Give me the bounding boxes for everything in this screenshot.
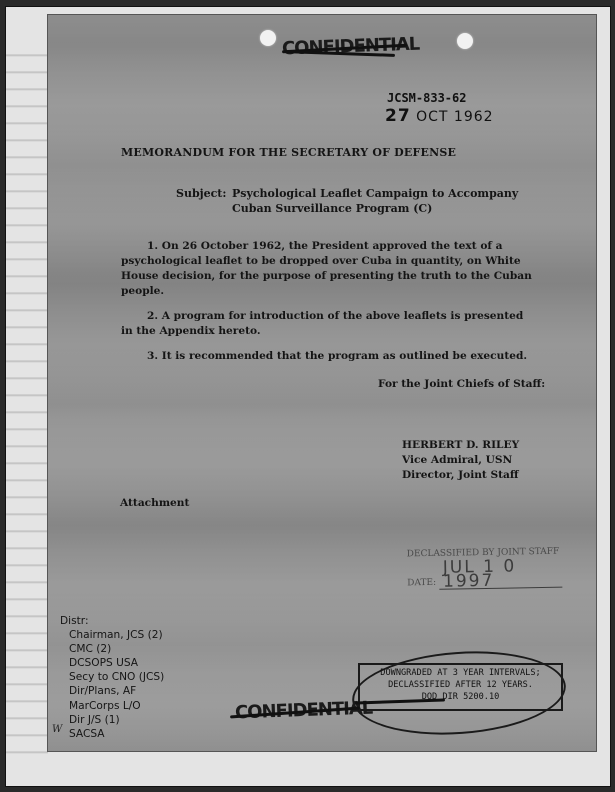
handwritten-mark: W <box>52 724 62 735</box>
distribution-list: Distr: Chairman, JCS (2) CMC (2) DCSOPS … <box>60 614 164 741</box>
memo-date-month-year: OCT 1962 <box>416 109 493 125</box>
paragraph-3-first-line: 3. It is recommended that the program as… <box>121 349 541 364</box>
signer-title: Director, Joint Staff <box>402 468 519 483</box>
signer-name: HERBERT D. RILEY <box>402 438 519 453</box>
distribution-item: CMC (2) <box>69 642 164 656</box>
subject-block: Subject:Psychological Leaflet Campaign t… <box>176 186 518 216</box>
scan-artifact-stripes <box>6 40 48 760</box>
subject-line-2: Cuban Surveillance Program (C) <box>176 201 518 216</box>
distribution-item: MarCorps L/O <box>69 699 164 713</box>
signoff-line: For the Joint Chiefs of Staff: <box>378 378 545 390</box>
signer-rank: Vice Admiral, USN <box>402 453 519 468</box>
reference-number: JCSM-833-62 <box>387 91 466 105</box>
distribution-item: Dir/Plans, AF <box>69 684 164 698</box>
distribution-item: SACSA <box>69 727 164 741</box>
attachment-label: Attachment <box>120 497 189 509</box>
downgrade-line-1: DOWNGRADED AT 3 YEAR INTERVALS; <box>360 667 561 679</box>
subject-line-1: Psychological Leaflet Campaign to Accomp… <box>232 187 518 200</box>
paragraph-1: 1. On 26 October 1962, the President app… <box>121 239 541 299</box>
distribution-item: Chairman, JCS (2) <box>69 628 164 642</box>
punch-hole-right <box>457 33 473 49</box>
memo-date: 27 OCT 1962 <box>385 106 494 126</box>
declassified-date-value: JUL 1 0 1997 <box>439 559 563 590</box>
memo-title: MEMORANDUM FOR THE SECRETARY OF DEFENSE <box>121 146 456 159</box>
downgrade-line-2: DECLASSIFIED AFTER 12 YEARS. <box>360 679 561 691</box>
paragraph-3: 3. It is recommended that the program as… <box>121 349 541 364</box>
paragraph-2-body: in the Appendix hereto. <box>121 324 541 339</box>
distribution-item: DCSOPS USA <box>69 656 164 670</box>
distribution-item: Dir J/S (1) <box>69 713 164 727</box>
distribution-label: Distr: <box>60 614 164 628</box>
declassification-stamp: DECLASSIFIED BY JOINT STAFF DATE: JUL 1 … <box>407 545 563 591</box>
distribution-item: Secy to CNO (JCS) <box>69 670 164 684</box>
paragraph-2: 2. A program for introduction of the abo… <box>121 309 541 339</box>
paragraph-1-first-line: 1. On 26 October 1962, the President app… <box>121 239 541 254</box>
downgrade-stamp: DOWNGRADED AT 3 YEAR INTERVALS; DECLASSI… <box>358 663 563 711</box>
memo-date-day: 27 <box>385 106 411 126</box>
signature-block: HERBERT D. RILEY Vice Admiral, USN Direc… <box>402 438 519 483</box>
subject-label: Subject: <box>176 186 232 201</box>
paragraph-2-first-line: 2. A program for introduction of the abo… <box>121 309 541 324</box>
paragraph-1-body: psychological leaflet to be dropped over… <box>121 254 541 299</box>
punch-hole-left <box>260 30 276 46</box>
declassified-date-label: DATE: <box>407 576 436 591</box>
